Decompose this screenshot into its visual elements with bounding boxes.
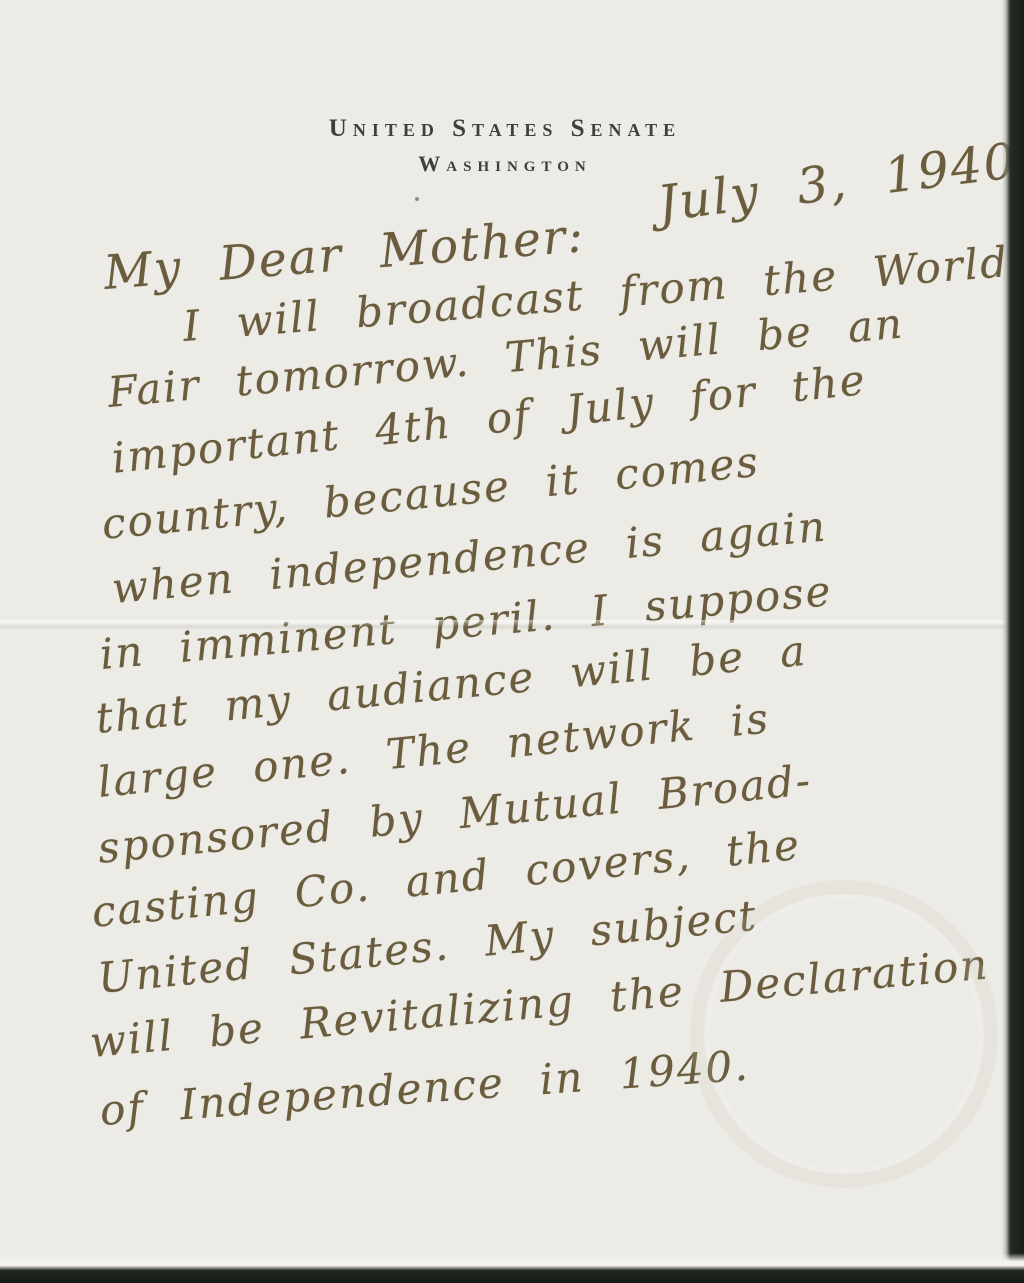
scan-edge-right xyxy=(1002,0,1024,1283)
letterhead-washington-text: Washington xyxy=(295,153,715,175)
letterhead: United States Senate Washington xyxy=(295,116,715,175)
scan-edge-bottom xyxy=(0,1253,1024,1283)
letterhead-senate-text: United States Senate xyxy=(295,116,715,141)
letter-page: United States Senate Washington July 3, … xyxy=(0,0,1024,1283)
ink-speck xyxy=(415,197,419,201)
